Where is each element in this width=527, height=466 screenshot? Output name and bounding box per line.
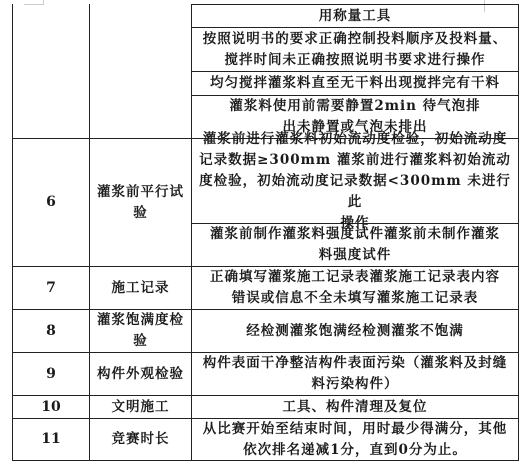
table-cell-content: 灌浆前制作灌浆料强度试件灌浆前未制作灌浆 料强度试件 xyxy=(192,224,518,266)
table-cell-item: 竞赛时长 xyxy=(90,419,191,460)
cell-text: 构件表面干净整洁构件表面污染（灌浆料及封缝 xyxy=(203,353,508,374)
page-corner-mark xyxy=(24,0,44,5)
table-cell-number: 10 xyxy=(13,396,89,418)
cell-text: 灌浆饱满度检 xyxy=(97,310,184,331)
cell-text: 工具、构件清理及复位 xyxy=(283,397,428,418)
cell-text: 11 xyxy=(41,429,60,450)
table-cell-content: 用称量工具 xyxy=(192,5,518,27)
cell-text: 均匀搅拌灌浆料直至无干料出现搅拌完有干料 xyxy=(210,73,500,94)
cell-text: 用称量工具 xyxy=(319,6,392,27)
cell-text: 8 xyxy=(46,321,56,342)
cell-text: 料强度试件 xyxy=(319,245,392,266)
cell-text: 错误或信息不全未填写灌浆施工记录表 xyxy=(232,288,479,309)
table-cell-item: 构件外观检验 xyxy=(90,353,191,395)
cell-text: 灌浆前平行试 xyxy=(97,182,184,203)
cell-text: 料污染构件） xyxy=(312,374,399,395)
table-cell-content: 从比赛开始至结束时间，用时最少得满分，其他 依次排名递减1分，直到0分为止。 xyxy=(192,419,518,460)
table-cell-content: 正确填写灌浆施工记录表灌浆施工记录表内容 错误或信息不全未填写灌浆施工记录表 xyxy=(192,267,518,309)
cell-text: 验 xyxy=(133,331,148,352)
cell-text: 灌浆前制作灌浆料强度试件灌浆前未制作灌浆 xyxy=(210,224,500,245)
cell-text: 施工记录 xyxy=(112,278,170,299)
table-cell-content: 按照说明书的要求正确控制投料顺序及投料量、 搅拌时间未正确按照说明书要求进行操作 xyxy=(192,28,518,71)
cell-text: 灌浆前进行灌浆料初始流动度检验，初始流动度 xyxy=(203,129,508,150)
table-cell-item: 文明施工 xyxy=(90,396,191,418)
cell-text: 正确填写灌浆施工记录表灌浆施工记录表内容 xyxy=(210,267,500,288)
table-cell-number: 9 xyxy=(13,353,89,395)
cell-text: 构件外观检验 xyxy=(97,364,184,385)
table-cell-content: 经检测灌浆饱满经检测灌浆不饱满 xyxy=(192,310,518,352)
cell-text: 9 xyxy=(46,364,56,385)
cell-text: 搅拌时间未正确按照说明书要求进行操作 xyxy=(225,50,486,71)
cell-text: 度检验，初始流动度记录数据<300mm 未进行此 xyxy=(195,171,515,213)
cell-text: 10 xyxy=(41,397,60,418)
cell-text: 灌浆料使用前需要静置2min 待气泡排 xyxy=(229,96,480,117)
table-cell-number: 6 xyxy=(13,139,89,266)
cell-text: 6 xyxy=(46,192,56,213)
cell-text: 记录数据≥300mm 灌浆前进行灌浆料初始流动 xyxy=(199,150,511,171)
cell-text: 依次排名递减1分，直到0分为止。 xyxy=(243,440,467,461)
cell-text: 竞赛时长 xyxy=(112,429,170,450)
table-cell-number: 7 xyxy=(13,267,89,309)
table-cell-item: 灌浆前平行试 验 xyxy=(90,139,191,266)
cell-text: 从比赛开始至结束时间，用时最少得满分，其他 xyxy=(203,419,508,440)
table-cell-item: 施工记录 xyxy=(90,267,191,309)
table-cell-content: 构件表面干净整洁构件表面污染（灌浆料及封缝 料污染构件） xyxy=(192,353,518,395)
table-border-right xyxy=(518,4,519,461)
table-cell-content: 灌浆前进行灌浆料初始流动度检验，初始流动度 记录数据≥300mm 灌浆前进行灌浆… xyxy=(192,139,518,223)
cell-text: 7 xyxy=(46,278,56,299)
cell-text: 经检测灌浆饱满经检测灌浆不饱满 xyxy=(246,321,464,342)
table-cell-number: 8 xyxy=(13,310,89,352)
table-cell-content: 工具、构件清理及复位 xyxy=(192,396,518,418)
table-cell-content: 均匀搅拌灌浆料直至无干料出现搅拌完有干料 xyxy=(192,72,518,95)
table-cell-item: 灌浆饱满度检 验 xyxy=(90,310,191,352)
table-cell-number: 11 xyxy=(13,419,89,460)
cell-text: 按照说明书的要求正确控制投料顺序及投料量、 xyxy=(203,29,508,50)
cell-text: 文明施工 xyxy=(112,397,170,418)
cell-text: 验 xyxy=(133,203,148,224)
